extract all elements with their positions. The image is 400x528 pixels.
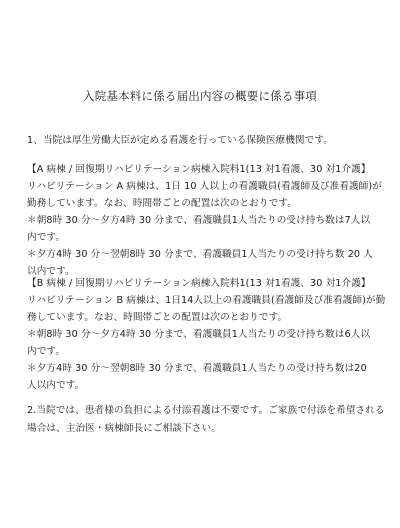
ward-b-line: リハビリテーション B 病棟は、1日14人以上の看護職員(看護師及び准看護師)が… — [27, 293, 387, 309]
item-1-text: 1、当院は厚生労働大臣が定める看護を行っている保険医療機関です。 — [27, 133, 387, 149]
document-title: 入院基本料に係る届出内容の概要に係る事項 — [0, 88, 400, 104]
item-2-line: 2.当院では、患者様の負担による付添看護は不要です。ご家族で付添を希望される — [27, 403, 387, 419]
ward-b-line: ＊夕方4時 30 分～翌朝8時 30 分まで、看護職員1人当たりの受け持ち数は2… — [27, 361, 387, 377]
ward-b-line: 内です。 — [27, 344, 387, 360]
item-2-line: 場合は、主治医・病棟師長にご相談下さい。 — [27, 421, 387, 437]
ward-a-line: ＊朝8時 30 分～夕方4時 30 分まで、看護職員1人当たりの受け持ち数は7人… — [27, 213, 387, 229]
ward-a-line: ＊夕方4時 30 分～翌朝8時 30 分まで、看護職員1人当たりの受け持ち数 2… — [27, 247, 387, 263]
ward-b-line: 人以内です。 — [27, 378, 387, 394]
ward-a-line: 勤務しています。なお、時間帯ごとの配置は次のとおりです。 — [27, 196, 387, 212]
ward-a-line: 内です。 — [27, 230, 387, 246]
ward-b-line: 務しています。なお、時間帯ごとの配置は次のとおりです。 — [27, 310, 387, 326]
ward-b-header: 【B 病棟 / 回復期リハビリテーション病棟入院料1(13 対1看護、30 対1… — [27, 276, 387, 292]
ward-b-line: ＊朝8時 30 分～夕方4時 30 分まで、看護職員1人当たりの受け持ち数は6人… — [27, 327, 387, 343]
ward-a-line: リハビリテーション A 病棟は、1日 10 人以上の看護職員(看護師及び准看護師… — [27, 179, 387, 195]
ward-a-header: 【A 病棟 / 回復期リハビリテーション病棟入院料1(13 対1看護、30 対1… — [27, 162, 387, 178]
